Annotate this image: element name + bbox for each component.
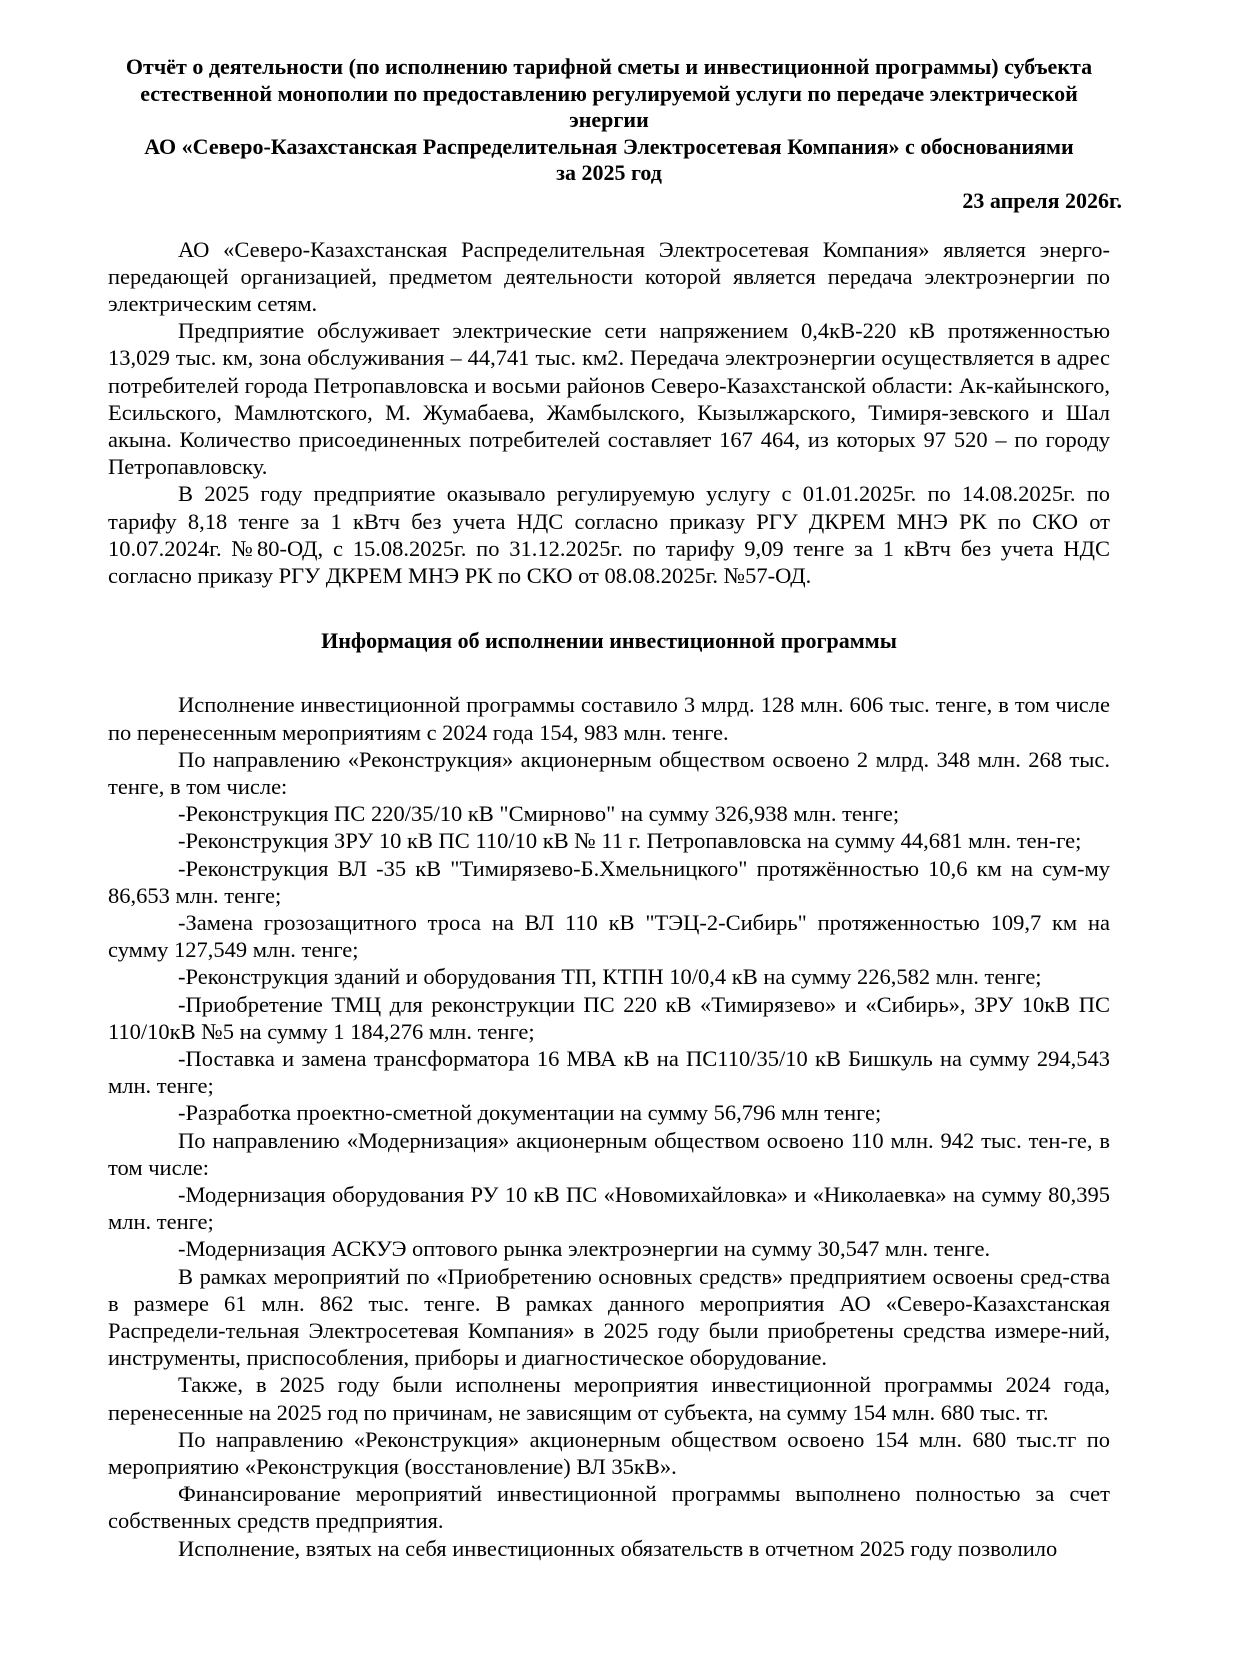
title-line: Отчёт о деятельности (по исполнению тари… bbox=[74, 54, 1144, 81]
document-page: Отчёт о деятельности (по исполнению тари… bbox=[108, 54, 1110, 1562]
title-line: естественной монополии по предоставлению… bbox=[74, 81, 1144, 108]
section-paragraph: По направлению «Реконструкция» акционерн… bbox=[108, 746, 1110, 800]
section-title: Информация об исполнении инвестиционной … bbox=[108, 627, 1110, 654]
intro-paragraph: АО «Северо-Казахстанская Распределительн… bbox=[108, 236, 1110, 318]
list-item: -Модернизация АСКУЭ оптового рынка элект… bbox=[108, 1235, 1110, 1262]
section-paragraph: Финансирование мероприятий инвестиционно… bbox=[108, 1480, 1110, 1534]
title-line: за 2025 год bbox=[74, 160, 1144, 187]
section-paragraph: Исполнение инвестиционной программы сост… bbox=[108, 691, 1110, 745]
list-item: -Реконструкция ПС 220/35/10 кВ "Смирново… bbox=[108, 800, 1110, 827]
list-item: -Реконструкция ЗРУ 10 кВ ПС 110/10 кВ № … bbox=[108, 827, 1110, 854]
section-paragraph: По направлению «Реконструкция» акционерн… bbox=[108, 1426, 1110, 1480]
intro-paragraph: В 2025 году предприятие оказывало регули… bbox=[108, 480, 1110, 589]
intro-paragraph: Предприятие обслуживает электрические се… bbox=[108, 317, 1110, 480]
list-item: -Реконструкция зданий и оборудования ТП,… bbox=[108, 963, 1110, 990]
list-item: -Поставка и замена трансформатора 16 МВА… bbox=[108, 1045, 1110, 1099]
section-paragraph: Также, в 2025 году были исполнены меропр… bbox=[108, 1371, 1110, 1425]
section-paragraph: В рамках мероприятий по «Приобретению ос… bbox=[108, 1263, 1110, 1372]
list-item: -Приобретение ТМЦ для реконструкции ПС 2… bbox=[108, 991, 1110, 1045]
document-date: 23 апреля 2026г. bbox=[108, 187, 1122, 214]
document-title: Отчёт о деятельности (по исполнению тари… bbox=[74, 54, 1144, 187]
list-item: -Модернизация оборудования РУ 10 кВ ПС «… bbox=[108, 1181, 1110, 1235]
title-line: АО «Северо-Казахстанская Распределительн… bbox=[74, 134, 1144, 161]
title-line: энергии bbox=[74, 107, 1144, 134]
list-item: -Замена грозозащитного троса на ВЛ 110 к… bbox=[108, 909, 1110, 963]
section-paragraph: Исполнение, взятых на себя инвестиционны… bbox=[108, 1535, 1110, 1562]
list-item: -Разработка проектно-сметной документаци… bbox=[108, 1099, 1110, 1126]
list-item: -Реконструкция ВЛ -35 кВ "Тимирязево-Б.Х… bbox=[108, 855, 1110, 909]
section-paragraph: По направлению «Модернизация» акционерны… bbox=[108, 1127, 1110, 1181]
